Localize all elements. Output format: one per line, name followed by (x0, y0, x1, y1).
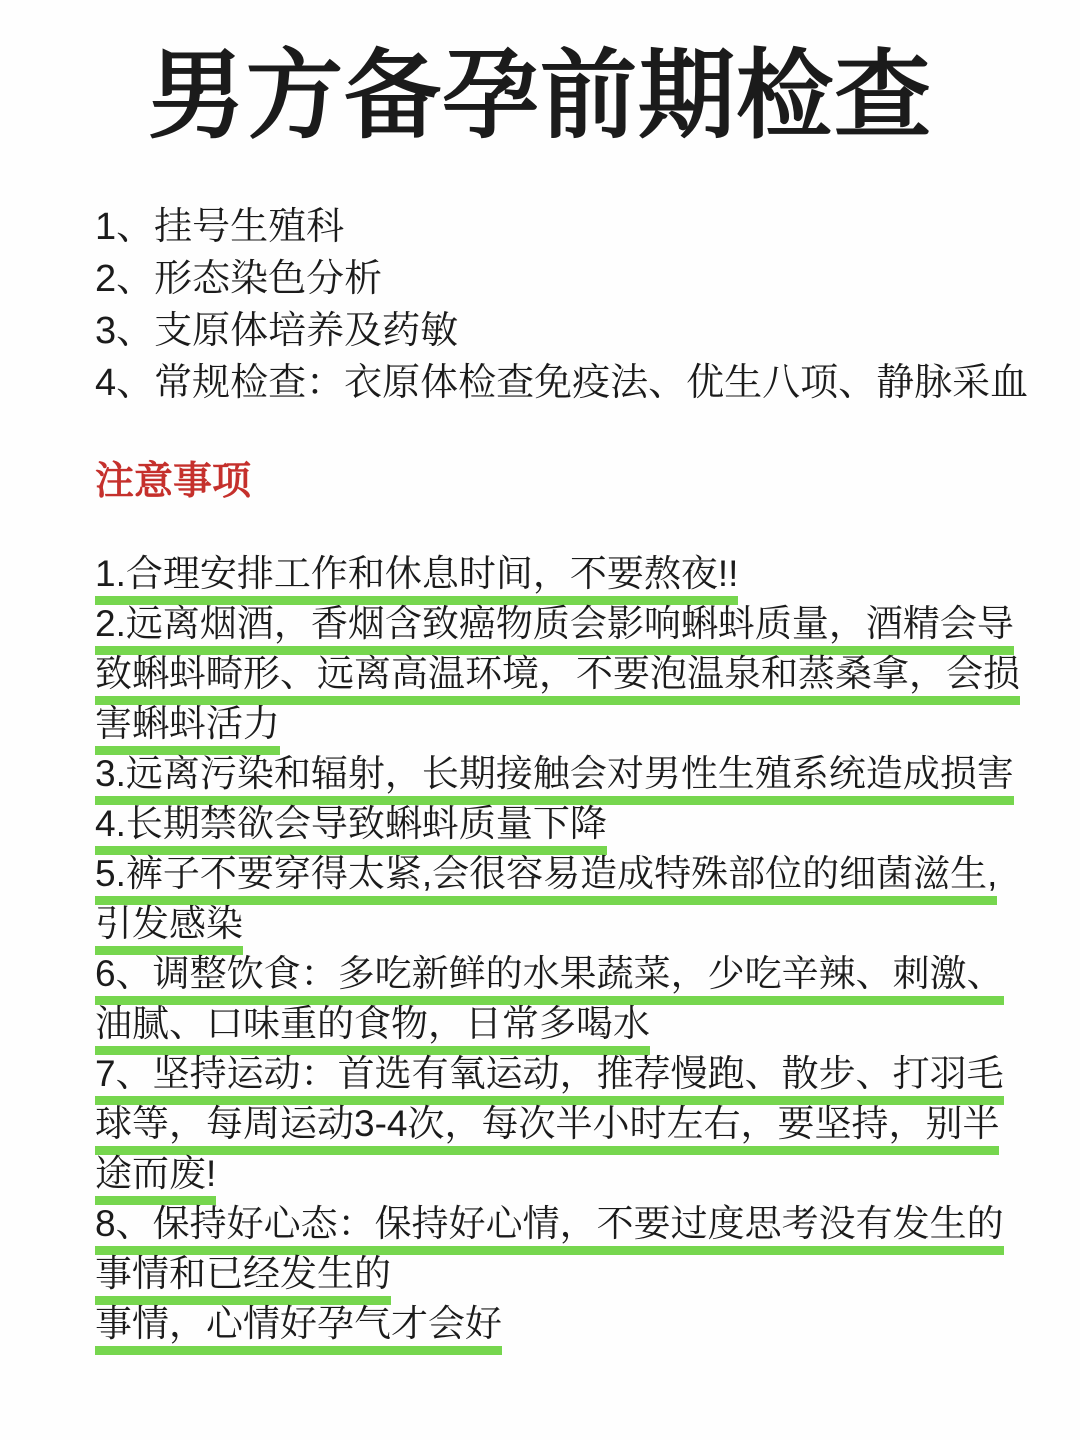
precaution-line: 事情和已经发生的 (95, 1255, 1010, 1305)
precaution-line-text: 5.裤子不要穿得太紧,会很容易造成特殊部位的细菌滋生, (95, 855, 997, 905)
precaution-line-text: 害蝌蚪活力 (95, 705, 280, 755)
precaution-line-text: 油腻、口味重的食物，日常多喝水 (95, 1005, 650, 1055)
precaution-line-text: 4.长期禁欲会导致蝌蚪质量下降 (95, 805, 607, 855)
precaution-line: 1.合理安排工作和休息时间，不要熬夜!! (95, 555, 1010, 605)
precaution-line: 油腻、口味重的食物，日常多喝水 (95, 1005, 1010, 1055)
precaution-line: 2.远离烟酒，香烟含致癌物质会影响蝌蚪质量，酒精会导 (95, 605, 1010, 655)
exam-checklist: 1、挂号生殖科 2、形态染色分析 3、支原体培养及药敏 4、常规检查：衣原体检查… (95, 201, 1010, 409)
precaution-line-text: 球等，每周运动3-4次，每次半小时左右，要坚持，别半 (95, 1105, 999, 1155)
exam-item: 1、挂号生殖科 (95, 201, 1010, 253)
page-title: 男方备孕前期检查 (0, 0, 1080, 161)
precautions-list: 1.合理安排工作和休息时间，不要熬夜!! 2.远离烟酒，香烟含致癌物质会影响蝌蚪… (95, 555, 1010, 1355)
precaution-line: 引发感染 (95, 905, 1010, 955)
exam-item: 4、常规检查：衣原体检查免疫法、优生八项、静脉采血 (95, 357, 1010, 409)
precautions-heading: 注意事项 (95, 457, 1010, 507)
precaution-line: 球等，每周运动3-4次，每次半小时左右，要坚持，别半 (95, 1105, 1010, 1155)
precaution-line-text: 6、调整饮食：多吃新鲜的水果蔬菜，少吃辛辣、刺激、 (95, 955, 1004, 1005)
exam-item: 3、支原体培养及药敏 (95, 305, 1010, 357)
precaution-line: 害蝌蚪活力 (95, 705, 1010, 755)
precaution-line: 3.远离污染和辐射，长期接触会对男性生殖系统造成损害 (95, 755, 1010, 805)
precaution-line-text: 8、保持好心态：保持好心情，不要过度思考没有发生的 (95, 1205, 1004, 1255)
precaution-line: 4.长期禁欲会导致蝌蚪质量下降 (95, 805, 1010, 855)
precaution-line: 8、保持好心态：保持好心情，不要过度思考没有发生的 (95, 1205, 1010, 1255)
precaution-line-text: 途而废! (95, 1155, 216, 1205)
precaution-line-text: 引发感染 (95, 905, 243, 955)
precaution-line: 6、调整饮食：多吃新鲜的水果蔬菜，少吃辛辣、刺激、 (95, 955, 1010, 1005)
precaution-line-text: 致蝌蚪畸形、远离高温环境，不要泡温泉和蒸桑拿，会损 (95, 655, 1020, 705)
precaution-line-text: 1.合理安排工作和休息时间，不要熬夜!! (95, 555, 738, 605)
precaution-line-text: 事情和已经发生的 (95, 1255, 391, 1305)
precaution-line-text: 7、坚持运动：首选有氧运动，推荐慢跑、散步、打羽毛 (95, 1055, 1004, 1105)
precaution-line-text: 3.远离污染和辐射，长期接触会对男性生殖系统造成损害 (95, 755, 1014, 805)
exam-item: 2、形态染色分析 (95, 253, 1010, 305)
precaution-line: 事情，心情好孕气才会好 (95, 1305, 1010, 1355)
document-page: 男方备孕前期检查 1、挂号生殖科 2、形态染色分析 3、支原体培养及药敏 4、常… (0, 0, 1080, 1440)
precaution-line: 致蝌蚪畸形、远离高温环境，不要泡温泉和蒸桑拿，会损 (95, 655, 1010, 705)
precaution-line: 途而废! (95, 1155, 1010, 1205)
precaution-line-text: 事情，心情好孕气才会好 (95, 1305, 502, 1355)
precaution-line-text: 2.远离烟酒，香烟含致癌物质会影响蝌蚪质量，酒精会导 (95, 605, 1014, 655)
precaution-line: 7、坚持运动：首选有氧运动，推荐慢跑、散步、打羽毛 (95, 1055, 1010, 1105)
content-area: 1、挂号生殖科 2、形态染色分析 3、支原体培养及药敏 4、常规检查：衣原体检查… (0, 201, 1080, 1355)
precaution-line: 5.裤子不要穿得太紧,会很容易造成特殊部位的细菌滋生, (95, 855, 1010, 905)
